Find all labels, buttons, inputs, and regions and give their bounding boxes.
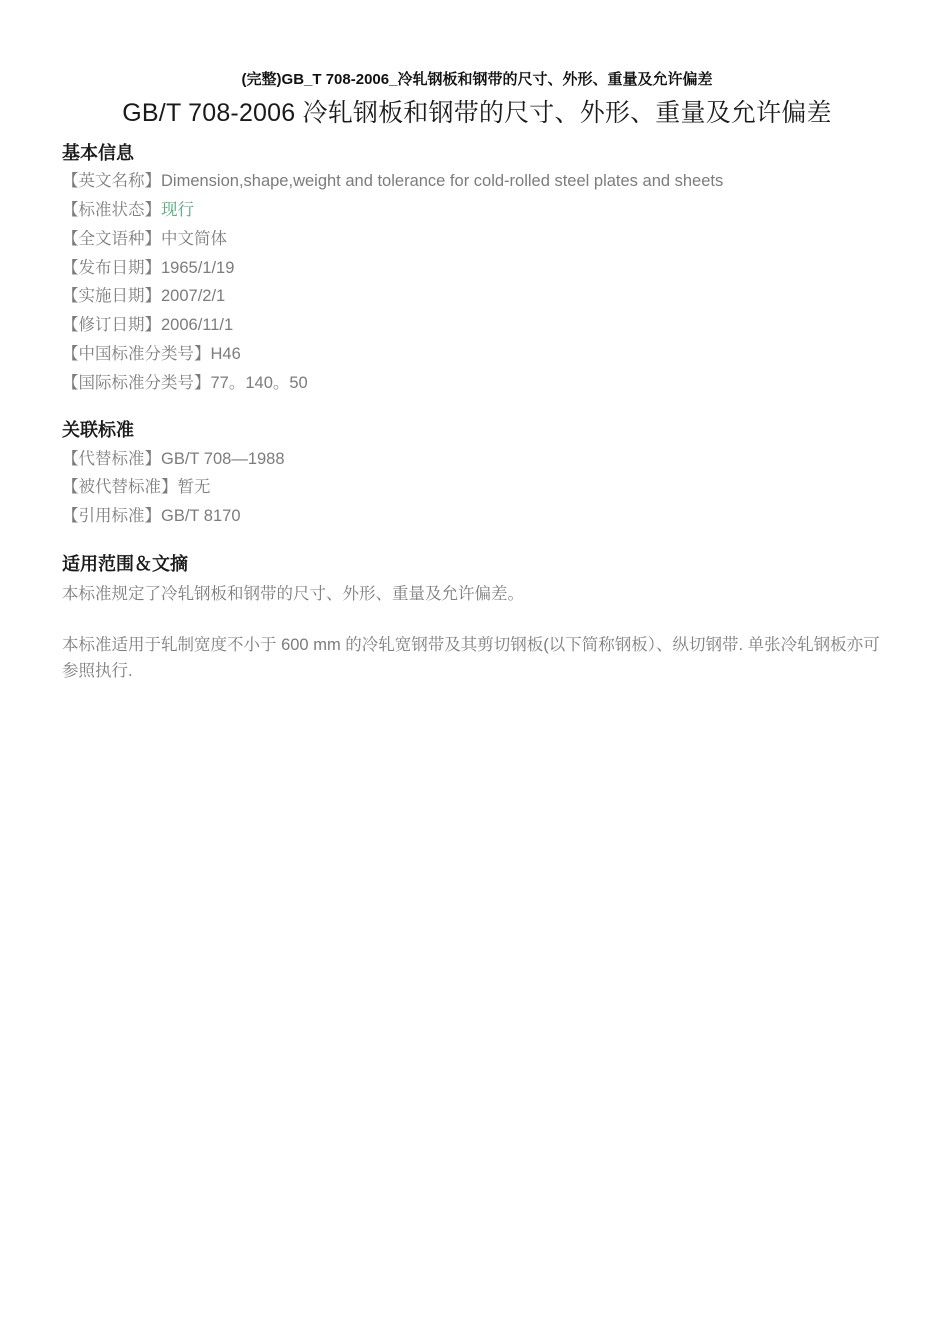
section-heading: 基本信息 — [62, 141, 892, 165]
abstract-paragraph: 本标准规定了冷轧钢板和钢带的尺寸、外形、重量及允许偏差。 — [62, 581, 892, 607]
document-page: (完整)GB_T 708-2006_冷轧钢板和钢带的尺寸、外形、重量及允许偏差 … — [0, 0, 950, 1344]
field-row: 【发布日期】1965/1/19 — [62, 257, 892, 280]
section-heading: 适用范围＆文摘 — [62, 552, 892, 576]
field-value: Dimension,shape,weight and tolerance for… — [161, 172, 723, 190]
status-value: 现行 — [161, 201, 194, 219]
field-label: 【国际标准分类号】 — [62, 374, 211, 392]
field-value: 1965/1/19 — [161, 259, 234, 277]
field-row: 【全文语种】中文简体 — [62, 228, 892, 251]
field-value: 77。140。50 — [211, 374, 308, 392]
field-row: 【代替标准】GB/T 708—1988 — [62, 448, 892, 471]
abstract-paragraph: 本标准适用于轧制宽度不小于 600 mm 的冷轧宽钢带及其剪切钢板(以下简称钢板… — [62, 632, 892, 684]
section-heading: 关联标准 — [62, 418, 892, 442]
field-value: 2007/2/1 — [161, 287, 225, 305]
field-row: 【标准状态】现行 — [62, 199, 892, 222]
section-basic-info: 基本信息【英文名称】Dimension,shape,weight and tol… — [62, 141, 892, 394]
field-label: 【中国标准分类号】 — [62, 345, 211, 363]
document-body: 基本信息【英文名称】Dimension,shape,weight and tol… — [62, 141, 892, 685]
field-row: 【被代替标准】暂无 — [62, 476, 892, 499]
field-row: 【修订日期】2006/11/1 — [62, 314, 892, 337]
field-value: GB/T 8170 — [161, 507, 241, 525]
field-label: 【修订日期】 — [62, 316, 161, 334]
field-value: 暂无 — [178, 478, 211, 496]
field-value: 中文简体 — [161, 230, 227, 248]
field-row: 【英文名称】Dimension,shape,weight and toleran… — [62, 170, 892, 193]
field-row: 【中国标准分类号】H46 — [62, 343, 892, 366]
field-label: 【引用标准】 — [62, 507, 161, 525]
section-scope-abstract: 适用范围＆文摘本标准规定了冷轧钢板和钢带的尺寸、外形、重量及允许偏差。本标准适用… — [62, 552, 892, 684]
field-row: 【国际标准分类号】77。140。50 — [62, 372, 892, 395]
field-label: 【标准状态】 — [62, 201, 161, 219]
field-value: 2006/11/1 — [161, 316, 233, 334]
field-label: 【发布日期】 — [62, 259, 161, 277]
field-row: 【实施日期】2007/2/1 — [62, 285, 892, 308]
field-value: GB/T 708—1988 — [161, 450, 285, 468]
field-label: 【全文语种】 — [62, 230, 161, 248]
section-related-standards: 关联标准【代替标准】GB/T 708—1988【被代替标准】暂无【引用标准】GB… — [62, 418, 892, 528]
field-value: H46 — [211, 345, 241, 363]
document-header: (完整)GB_T 708-2006_冷轧钢板和钢带的尺寸、外形、重量及允许偏差 — [62, 70, 892, 90]
field-label: 【被代替标准】 — [62, 478, 178, 496]
page-title: GB/T 708-2006 冷轧钢板和钢带的尺寸、外形、重量及允许偏差 — [62, 97, 892, 130]
field-label: 【实施日期】 — [62, 287, 161, 305]
field-label: 【代替标准】 — [62, 450, 161, 468]
field-row: 【引用标准】GB/T 8170 — [62, 505, 892, 528]
field-label: 【英文名称】 — [62, 172, 161, 190]
